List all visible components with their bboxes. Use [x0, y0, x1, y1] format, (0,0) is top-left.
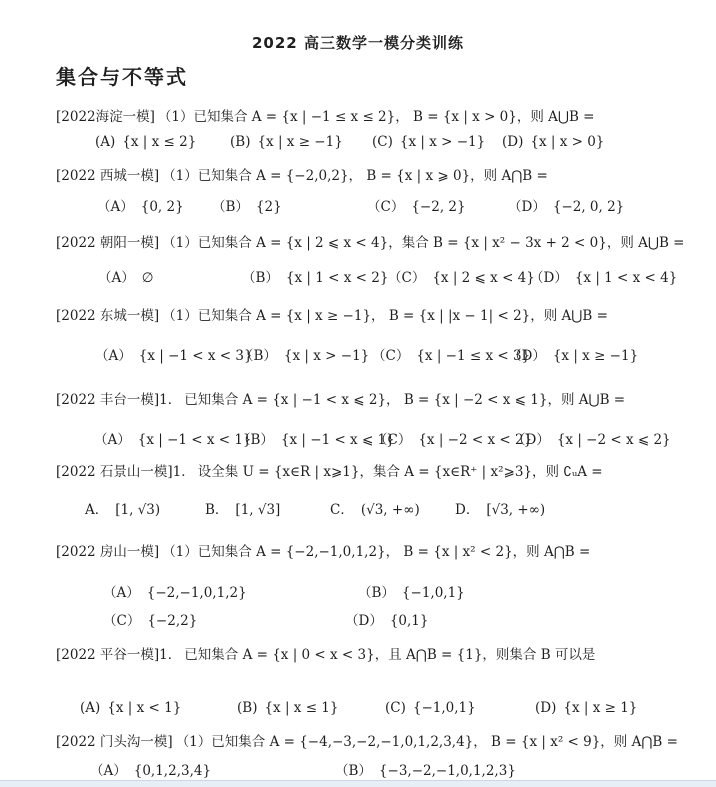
document-title: 2022 高三数学一模分类训练 [0, 32, 716, 53]
question-source: [2022 门头沟一模] [56, 734, 173, 750]
question-line: [2022 门头沟一模]（1）已知集合 A = {−4,−3,−2,−1,0,1… [56, 730, 708, 750]
option-d: (D){x | x > 0} [502, 134, 604, 150]
option-label: （D） [508, 348, 546, 364]
question-source: [2022 丰台一模]1． [56, 392, 181, 408]
option-text: (√3, +∞) [361, 502, 420, 518]
question-source: [2022 朝阳一模] [56, 235, 159, 251]
option-a: （A）{0,1,2,3,4} [90, 759, 211, 779]
option-b: (B){x | x ≥ −1} [230, 134, 343, 150]
option-text: ∅ [142, 270, 154, 286]
option-a: (A){x | x ≤ 2} [95, 134, 196, 150]
option-label: （B） [335, 763, 372, 779]
option-label: (D) [535, 700, 556, 716]
option-label: C． [330, 502, 354, 518]
section-heading: 集合与不等式 [56, 61, 188, 90]
question-source: [2022 东城一模] [56, 308, 159, 324]
options-row: （A）{x | −1 < x < 3} （B）{x | x > −1} （C）{… [0, 344, 716, 364]
option-c: （C）{x | 2 ⩽ x < 4} [388, 266, 535, 286]
option-text: {x | x ≥ −1} [257, 134, 342, 150]
option-text: {0,1,2,3,4} [134, 763, 211, 779]
options-row: （A）{−2,−1,0,1,2} （B）{−1,0,1} [0, 581, 716, 601]
option-c: （C）{−2,2} [103, 609, 197, 629]
option-label: (D) [502, 134, 523, 150]
option-c: C．(√3, +∞) [330, 498, 420, 518]
option-text: {−3,−2,−1,0,1,2,3} [379, 763, 516, 779]
question-line: [2022 西城一模]（1）已知集合 A = {−2,0,2}， B = {x … [56, 164, 708, 184]
option-text: {x | x > −1} [400, 134, 485, 150]
option-label: （A） [90, 763, 127, 779]
question-text: （1）已知集合 A = {x | 2 ⩽ x < 4}，集合 B = {x | … [162, 235, 684, 251]
option-label: (C) [385, 700, 406, 716]
option-text: {x | x ≥ 1} [563, 700, 637, 716]
option-label: （A） [103, 585, 140, 601]
question-source: [2022 平谷一模]1． [56, 647, 181, 663]
option-label: （B） [240, 348, 277, 364]
options-row: （A）{x | −1 < x < 1} （B）{x | −1 < x ⩽ 1} … [0, 428, 716, 448]
option-d: （D）{0,1} [345, 609, 428, 629]
option-text: {x | x < 1} [107, 700, 181, 716]
option-text: {−2,2} [147, 613, 197, 629]
option-text: {−2,−1,0,1,2} [147, 585, 247, 601]
options-row: （A）{0,1,2,3,4} （B）{−3,−2,−1,0,1,2,3} [0, 759, 716, 779]
question-text: （1）已知集合 A = {−2,0,2}， B = {x | x ⩾ 0}，则 … [162, 168, 548, 184]
question-line: [2022 房山一模]（1）已知集合 A = {−2,−1,0,1,2}， B … [56, 540, 708, 560]
option-text: [1, √3] [235, 502, 280, 518]
option-label: （D） [530, 270, 568, 286]
option-d: （D）{x | −2 < x ⩽ 2} [512, 428, 671, 448]
options-row: (A){x | x ≤ 2} (B){x | x ≥ −1} (C){x | x… [0, 134, 716, 154]
option-text: {x | x ≤ 1} [264, 700, 338, 716]
option-label: (B) [237, 700, 257, 716]
option-a: (A){x | x < 1} [80, 700, 181, 716]
question-text: 已知集合 A = {x | −1 < x ⩽ 2}， B = {x | −2 <… [184, 392, 625, 408]
question-line: [2022 丰台一模]1．已知集合 A = {x | −1 < x ⩽ 2}， … [56, 388, 708, 408]
option-label: （D） [512, 432, 550, 448]
option-text: {x | x > 0} [530, 134, 604, 150]
option-label: （B） [237, 432, 274, 448]
options-row: （C）{−2,2} （D）{0,1} [0, 609, 716, 629]
option-b: （B）{x | x > −1} [240, 344, 369, 364]
option-text: {−2, 0, 2} [553, 199, 624, 215]
option-c: （C）{x | −2 < x < 2} [374, 428, 532, 448]
option-c: （C）{−2, 2} [367, 195, 466, 215]
option-text: {x | x ≤ 2} [122, 134, 196, 150]
option-text: {x | x ≥ −1} [553, 348, 638, 364]
option-label: （C） [372, 348, 409, 364]
options-row: (A){x | x < 1} (B){x | x ≤ 1} (C){−1,0,1… [0, 700, 716, 720]
question-text: （1）已知集合 A = {−2,−1,0,1,2}， B = {x | x² <… [162, 544, 590, 560]
option-text: {x | −1 < x < 1} [138, 432, 252, 448]
option-b: （B）{x | −1 < x ⩽ 1} [237, 428, 395, 448]
option-text: {x | 1 < x < 4} [575, 270, 678, 286]
option-label: (C) [372, 134, 393, 150]
option-label: D． [455, 502, 479, 518]
option-text: {−2, 2} [411, 199, 465, 215]
option-label: （B） [358, 585, 395, 601]
option-b: B．[1, √3] [205, 498, 280, 518]
question-text: （1）已知集合 A = {x | −1 ≤ x ≤ 2}， B = {x | x… [158, 109, 595, 125]
option-label: （B） [212, 199, 249, 215]
question-line: [2022 平谷一模]1．已知集合 A = {x | 0 < x < 3}，且 … [56, 643, 708, 663]
option-text: [1, √3) [115, 502, 160, 518]
question-text: （1）已知集合 A = {−4,−3,−2,−1,0,1,2,3,4}， B =… [176, 734, 678, 750]
option-label: (B) [230, 134, 250, 150]
question-text: 设全集 U = {x∈R | x⩾1}，集合 A = {x∈R⁺ | x²⩾3}… [198, 464, 603, 480]
option-text: {0, 2} [141, 199, 184, 215]
option-d: （D）{−2, 0, 2} [508, 195, 624, 215]
option-a: A．[1, √3) [85, 498, 160, 518]
option-c: (C){−1,0,1} [385, 700, 476, 716]
question-line: [2022 朝阳一模]（1）已知集合 A = {x | 2 ⩽ x < 4}，集… [56, 231, 708, 251]
option-a: （A）∅ [98, 266, 154, 286]
option-label: （A） [97, 199, 134, 215]
question-line: [2022 石景山一模]1．设全集 U = {x∈R | x⩾1}，集合 A =… [56, 460, 708, 480]
option-text: {2} [256, 199, 282, 215]
question-line: [2022 东城一模]（1）已知集合 A = {x | x ≥ −1}， B =… [56, 304, 708, 324]
question-text: 已知集合 A = {x | 0 < x < 3}，且 A⋂B = {1}，则集合… [184, 647, 595, 663]
option-b: （B）{x | 1 < x < 2} [242, 266, 388, 286]
option-label: （C） [388, 270, 425, 286]
option-b: （B）{−1,0,1} [358, 581, 465, 601]
options-row: （A）{0, 2} （B）{2} （C）{−2, 2} （D）{−2, 0, 2… [0, 195, 716, 215]
option-text: {x | 1 < x < 2} [286, 270, 389, 286]
option-label: （A） [94, 432, 131, 448]
option-text: {−1,0,1} [413, 700, 476, 716]
option-a: （A）{−2,−1,0,1,2} [103, 581, 247, 601]
option-d: （D）{x | x ≥ −1} [508, 344, 638, 364]
option-label: A． [85, 502, 108, 518]
options-row: A．[1, √3) B．[1, √3] C．(√3, +∞) D．[√3, +∞… [0, 498, 716, 518]
option-b: （B）{−3,−2,−1,0,1,2,3} [335, 759, 516, 779]
option-text: {x | −2 < x ⩽ 2} [557, 432, 671, 448]
option-b: （B）{2} [212, 195, 282, 215]
option-label: （B） [242, 270, 279, 286]
option-b: (B){x | x ≤ 1} [237, 700, 339, 716]
option-label: (A) [80, 700, 100, 716]
option-c: (C){x | x > −1} [372, 134, 485, 150]
question-source: [2022 石景山一模]1． [56, 464, 195, 480]
option-text: {−1,0,1} [402, 585, 465, 601]
option-text: {x | 2 ⩽ x < 4} [432, 270, 535, 286]
option-d: （D）{x | 1 < x < 4} [530, 266, 677, 286]
option-label: (A) [95, 134, 115, 150]
option-text: {0,1} [390, 613, 429, 629]
viewer-bottom-edge [0, 780, 716, 787]
option-label: B． [205, 502, 228, 518]
option-text: [√3, +∞) [486, 502, 545, 518]
option-label: （D） [508, 199, 546, 215]
options-row: （A）∅ （B）{x | 1 < x < 2} （C）{x | 2 ⩽ x < … [0, 266, 716, 286]
option-text: {x | x > −1} [284, 348, 369, 364]
option-text: {x | −1 < x < 3} [139, 348, 253, 364]
option-c: （C）{x | −1 ≤ x < 3} [372, 344, 530, 364]
question-source: [2022 西城一模] [56, 168, 159, 184]
option-label: （C） [374, 432, 411, 448]
option-d: (D){x | x ≥ 1} [535, 700, 637, 716]
question-source: [2022 房山一模] [56, 544, 159, 560]
option-label: （C） [103, 613, 140, 629]
option-label: （A） [98, 270, 135, 286]
option-d: D．[√3, +∞) [455, 498, 545, 518]
option-label: （C） [367, 199, 404, 215]
question-text: （1）已知集合 A = {x | x ≥ −1}， B = {x | |x − … [162, 308, 608, 324]
option-a: （A）{x | −1 < x < 3} [95, 344, 253, 364]
document-page: 2022 高三数学一模分类训练 集合与不等式 [2022海淀一模]（1）已知集合… [0, 0, 716, 787]
option-a: （A）{x | −1 < x < 1} [94, 428, 252, 448]
question-source: [2022海淀一模] [56, 109, 155, 125]
option-a: （A）{0, 2} [97, 195, 184, 215]
option-label: （A） [95, 348, 132, 364]
question-line: [2022海淀一模]（1）已知集合 A = {x | −1 ≤ x ≤ 2}， … [56, 105, 708, 125]
option-label: （D） [345, 613, 383, 629]
